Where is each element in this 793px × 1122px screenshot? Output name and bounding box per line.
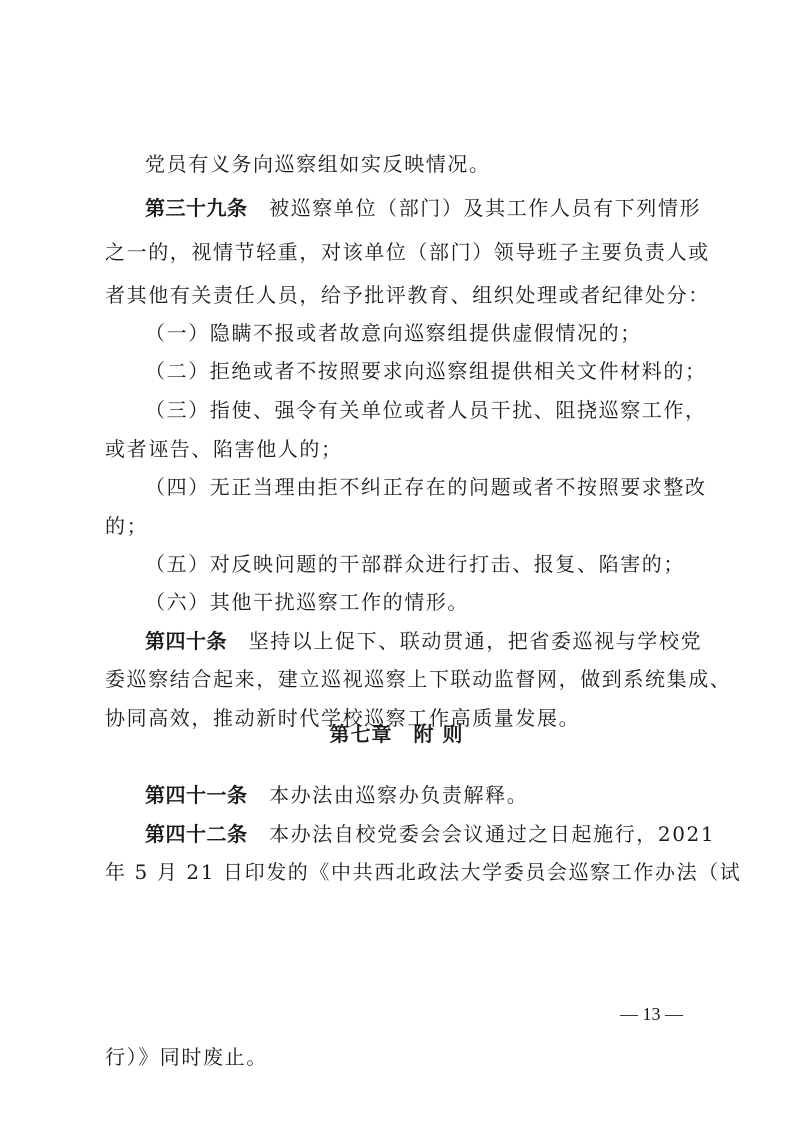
paragraph-line: 行）》同时废止。 <box>105 1045 695 1069</box>
article-label: 第四十一条 <box>145 783 248 807</box>
paragraph-line: 党员有义务向巡察组如实反映情况。 <box>145 152 735 176</box>
paragraph-line: 年 5 月 21 日印发的《中共西北政法大学委员会巡察工作办法（试 <box>105 860 695 884</box>
list-item-continuation: 的； <box>105 514 695 538</box>
list-item-continuation: 或者诬告、陷害他人的； <box>105 437 695 461</box>
list-item: （四）无正当理由拒不纠正存在的问题或者不按照要求整改 <box>145 475 735 499</box>
article-label: 第四十条 <box>145 629 227 653</box>
article-42-heading-line: 第四十二条 本办法自校党委会会议通过之日起施行，2021 <box>145 822 735 846</box>
article-41-line: 第四十一条 本办法由巡察办负责解释。 <box>145 783 735 807</box>
list-item: （一）隐瞒不报或者故意向巡察组提供虚假情况的； <box>145 321 735 345</box>
paragraph-line: 者其他有关责任人员，给予批评教育、组织处理或者纪律处分： <box>105 283 695 307</box>
article-label: 第三十九条 <box>145 196 248 220</box>
list-item: （五）对反映问题的干部群众进行打击、报复、陷害的； <box>145 552 735 576</box>
paragraph-line: 委巡察结合起来，建立巡视巡察上下联动监督网，做到系统集成、 <box>105 667 695 691</box>
article-label: 第四十二条 <box>145 822 248 846</box>
list-item: （二）拒绝或者不按照要求向巡察组提供相关文件材料的； <box>145 359 735 383</box>
list-item: （六）其他干扰巡察工作的情形。 <box>145 590 735 614</box>
page-number: — 13 — <box>620 1002 683 1026</box>
paragraph-line: 之一的，视情节轻重，对该单位（部门）领导班子主要负责人或 <box>105 240 695 264</box>
article-39-heading-line: 第三十九条 被巡察单位（部门）及其工作人员有下列情形 <box>145 196 735 220</box>
document-page: 党员有义务向巡察组如实反映情况。 第三十九条 被巡察单位（部门）及其工作人员有下… <box>0 0 793 1122</box>
chapter-heading: 第七章 附 则 <box>0 722 793 746</box>
list-item: （三）指使、强令有关单位或者人员干扰、阻挠巡察工作， <box>145 398 735 422</box>
article-40-heading-line: 第四十条 坚持以上促下、联动贯通，把省委巡视与学校党 <box>145 629 735 653</box>
